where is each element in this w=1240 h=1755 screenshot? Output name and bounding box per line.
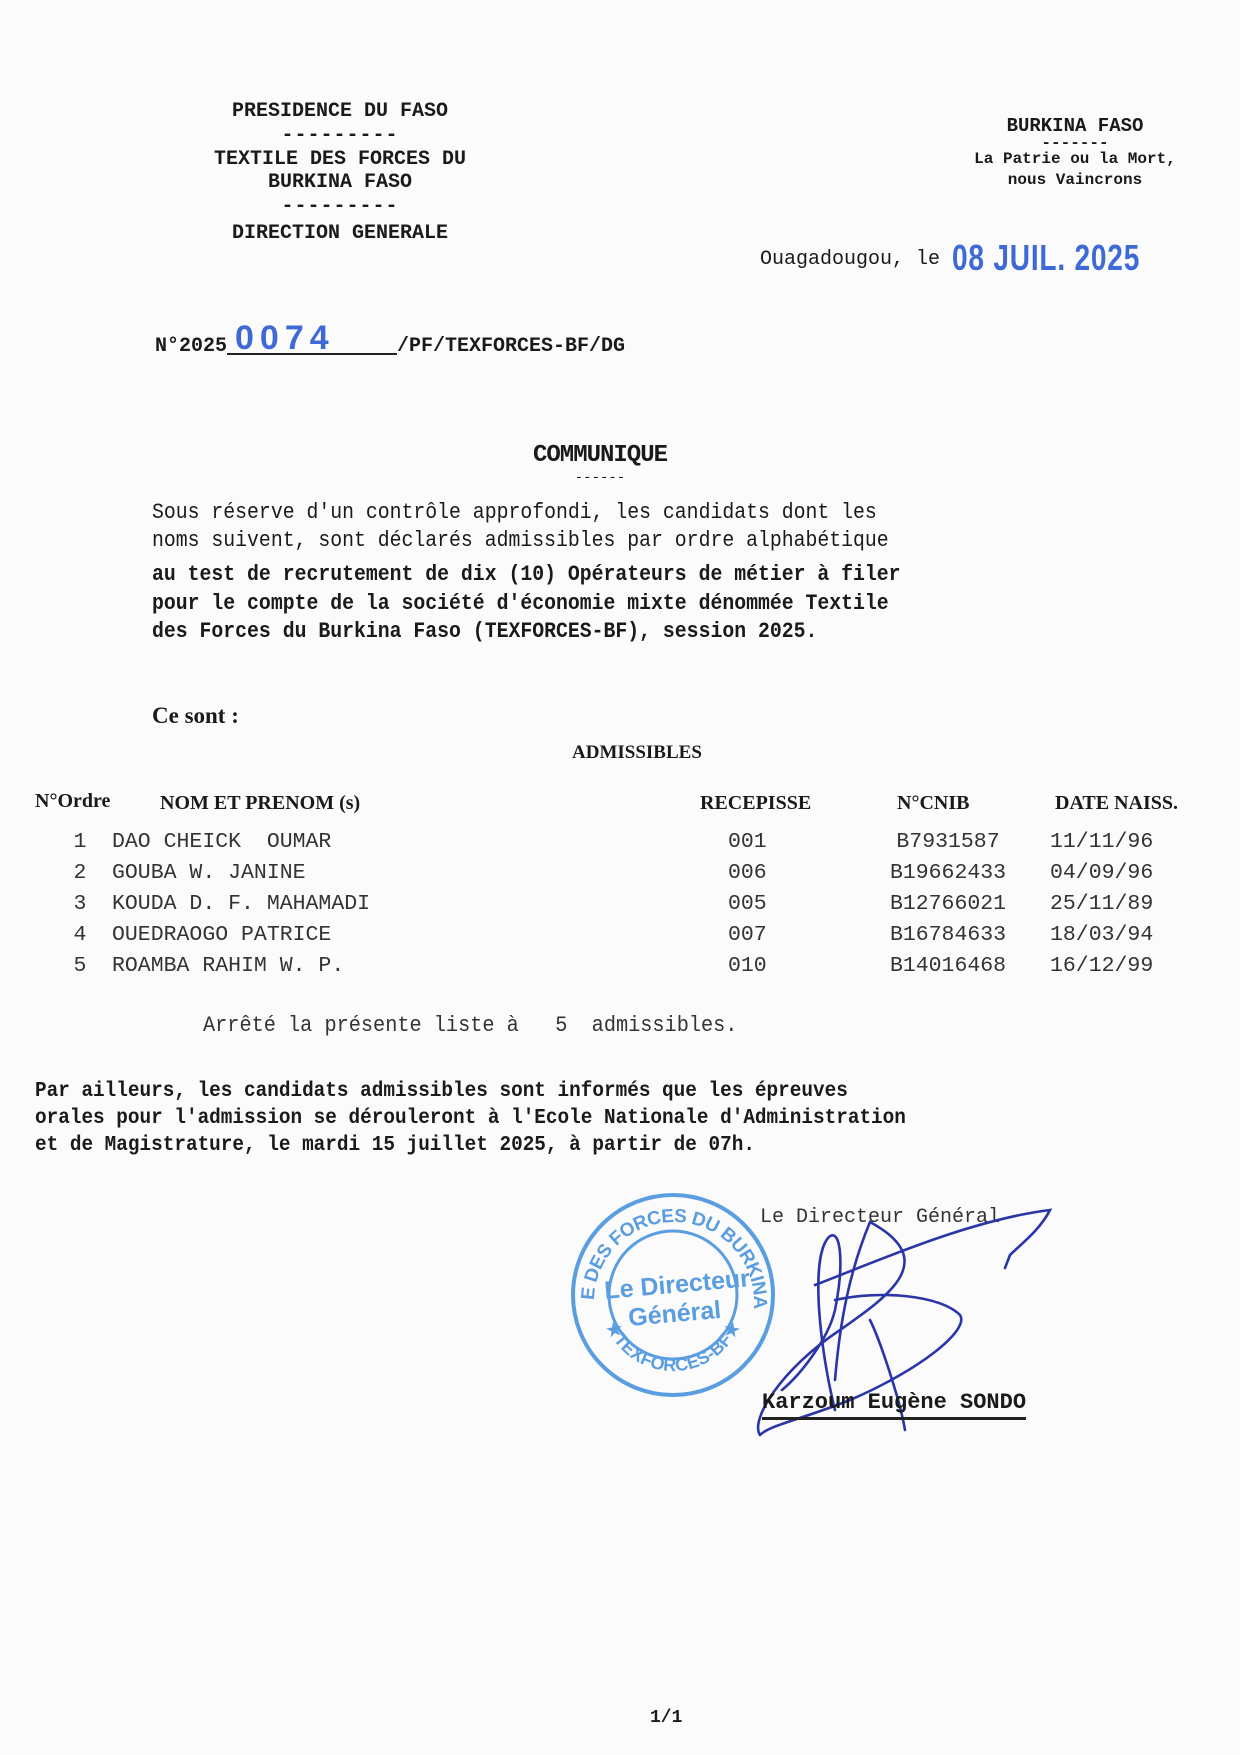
order-cell: 3 (65, 892, 95, 916)
date-stamp: 08 JUIL. 2025 (952, 237, 1140, 279)
list-closing: Arrêté la présente liste à 5 admissibles… (203, 1013, 737, 1038)
table-row: 5ROAMBA RAHIM W. P.010B1401646816/12/99 (35, 954, 1215, 988)
receipt-cell: 007 (728, 923, 767, 947)
signatory-name: Karzoum Eugène SONDO (762, 1390, 1026, 1420)
table-title: ADMISSIBLES (572, 742, 702, 764)
name-cell: ROAMBA RAHIM W. P. (112, 954, 344, 978)
header-order: N°Ordre (35, 790, 110, 813)
table-row: 4OUEDRAOGO PATRICE007B1678463318/03/94 (35, 923, 1215, 957)
intro-bold-paragraph: au test de recrutement de dix (10) Opéra… (152, 561, 1142, 647)
birth-date-cell: 25/11/89 (1050, 892, 1153, 916)
cnib-cell: B19662433 (873, 861, 1023, 885)
intro-bold-line: pour le compte de la société d'économie … (152, 590, 1142, 619)
list-intro: Ce sont : (152, 703, 239, 729)
header-birth-date: DATE NAISS. (1055, 792, 1178, 815)
motto-line1: La Patrie ou la Mort, (935, 149, 1215, 170)
reference-number: N°20250074/PF/TEXFORCES-BF/DG (155, 325, 625, 358)
order-cell: 4 (65, 923, 95, 947)
country-header: BURKINA FASO ------- La Patrie ou la Mor… (935, 115, 1215, 191)
header-receipt: RECEPISSE (700, 792, 811, 815)
name-cell: OUEDRAOGO PATRICE (112, 923, 331, 947)
name-cell: KOUDA D. F. MAHAMADI (112, 892, 370, 916)
receipt-cell: 005 (728, 892, 767, 916)
organization-name-line2: BURKINA FASO (170, 171, 510, 194)
intro-line: noms suivent, sont déclarés admissibles … (152, 526, 1120, 554)
cnib-cell: B12766021 (873, 892, 1023, 916)
notice-line: orales pour l'admission se dérouleront à… (35, 1105, 1205, 1132)
birth-date-cell: 16/12/99 (1050, 954, 1153, 978)
reference-suffix: /PF/TEXFORCES-BF/DG (397, 335, 625, 358)
receipt-cell: 010 (728, 954, 767, 978)
intro-paragraph: Sous réserve d'un contrôle approfondi, l… (152, 498, 1120, 554)
document-title: COMMUNIQUE (450, 442, 750, 469)
order-cell: 5 (65, 954, 95, 978)
organization-name-line1: TEXTILE DES FORCES DU (170, 148, 510, 171)
place-prefix: Ouagadougou, le (760, 248, 940, 271)
header-name: NOM ET PRENOM (s) (160, 792, 360, 815)
table-row: 2GOUBA W. JANINE006B1966243304/09/96 (35, 861, 1215, 895)
order-cell: 1 (65, 830, 95, 854)
birth-date-cell: 18/03/94 (1050, 923, 1153, 947)
country-separator: ------- (935, 137, 1215, 149)
birth-date-cell: 04/09/96 (1050, 861, 1153, 885)
birth-date-cell: 11/11/96 (1050, 830, 1153, 854)
header-separator: --------- (170, 195, 510, 218)
page-number: 1/1 (650, 1708, 682, 1728)
intro-bold-line: des Forces du Burkina Faso (TEXFORCES-BF… (152, 618, 1142, 647)
order-cell: 2 (65, 861, 95, 885)
header-separator: --------- (170, 124, 510, 147)
table-row: 1DAO CHEICK OUMAR001B793158711/11/96 (35, 830, 1215, 864)
date-line: Ouagadougou, le 08 JUIL. 2025 (760, 237, 1193, 279)
header-cnib: N°CNIB (897, 792, 969, 815)
handwritten-number: 0074 (227, 323, 397, 355)
cnib-cell: B7931587 (873, 830, 1023, 854)
receipt-cell: 006 (728, 861, 767, 885)
direction-label: DIRECTION GENERALE (170, 222, 510, 245)
oral-exam-notice: Par ailleurs, les candidats admissibles … (35, 1078, 1205, 1159)
issuer-header: PRESIDENCE DU FASO --------- TEXTILE DES… (170, 100, 510, 245)
name-cell: DAO CHEICK OUMAR (112, 830, 331, 854)
receipt-cell: 001 (728, 830, 767, 854)
notice-line: Par ailleurs, les candidats admissibles … (35, 1078, 1205, 1105)
table-row: 3KOUDA D. F. MAHAMADI005B1276602125/11/8… (35, 892, 1215, 926)
cnib-cell: B16784633 (873, 923, 1023, 947)
presidence-label: PRESIDENCE DU FASO (170, 100, 510, 123)
cnib-cell: B14016468 (873, 954, 1023, 978)
reference-prefix: N°2025 (155, 335, 227, 358)
notice-line: et de Magistrature, le mardi 15 juillet … (35, 1132, 1205, 1159)
motto-line2: nous Vaincrons (935, 170, 1215, 191)
intro-bold-line: au test de recrutement de dix (10) Opéra… (152, 561, 1142, 590)
intro-line: Sous réserve d'un contrôle approfondi, l… (152, 498, 1120, 526)
title-separator: ------ (450, 470, 750, 486)
name-cell: GOUBA W. JANINE (112, 861, 306, 885)
